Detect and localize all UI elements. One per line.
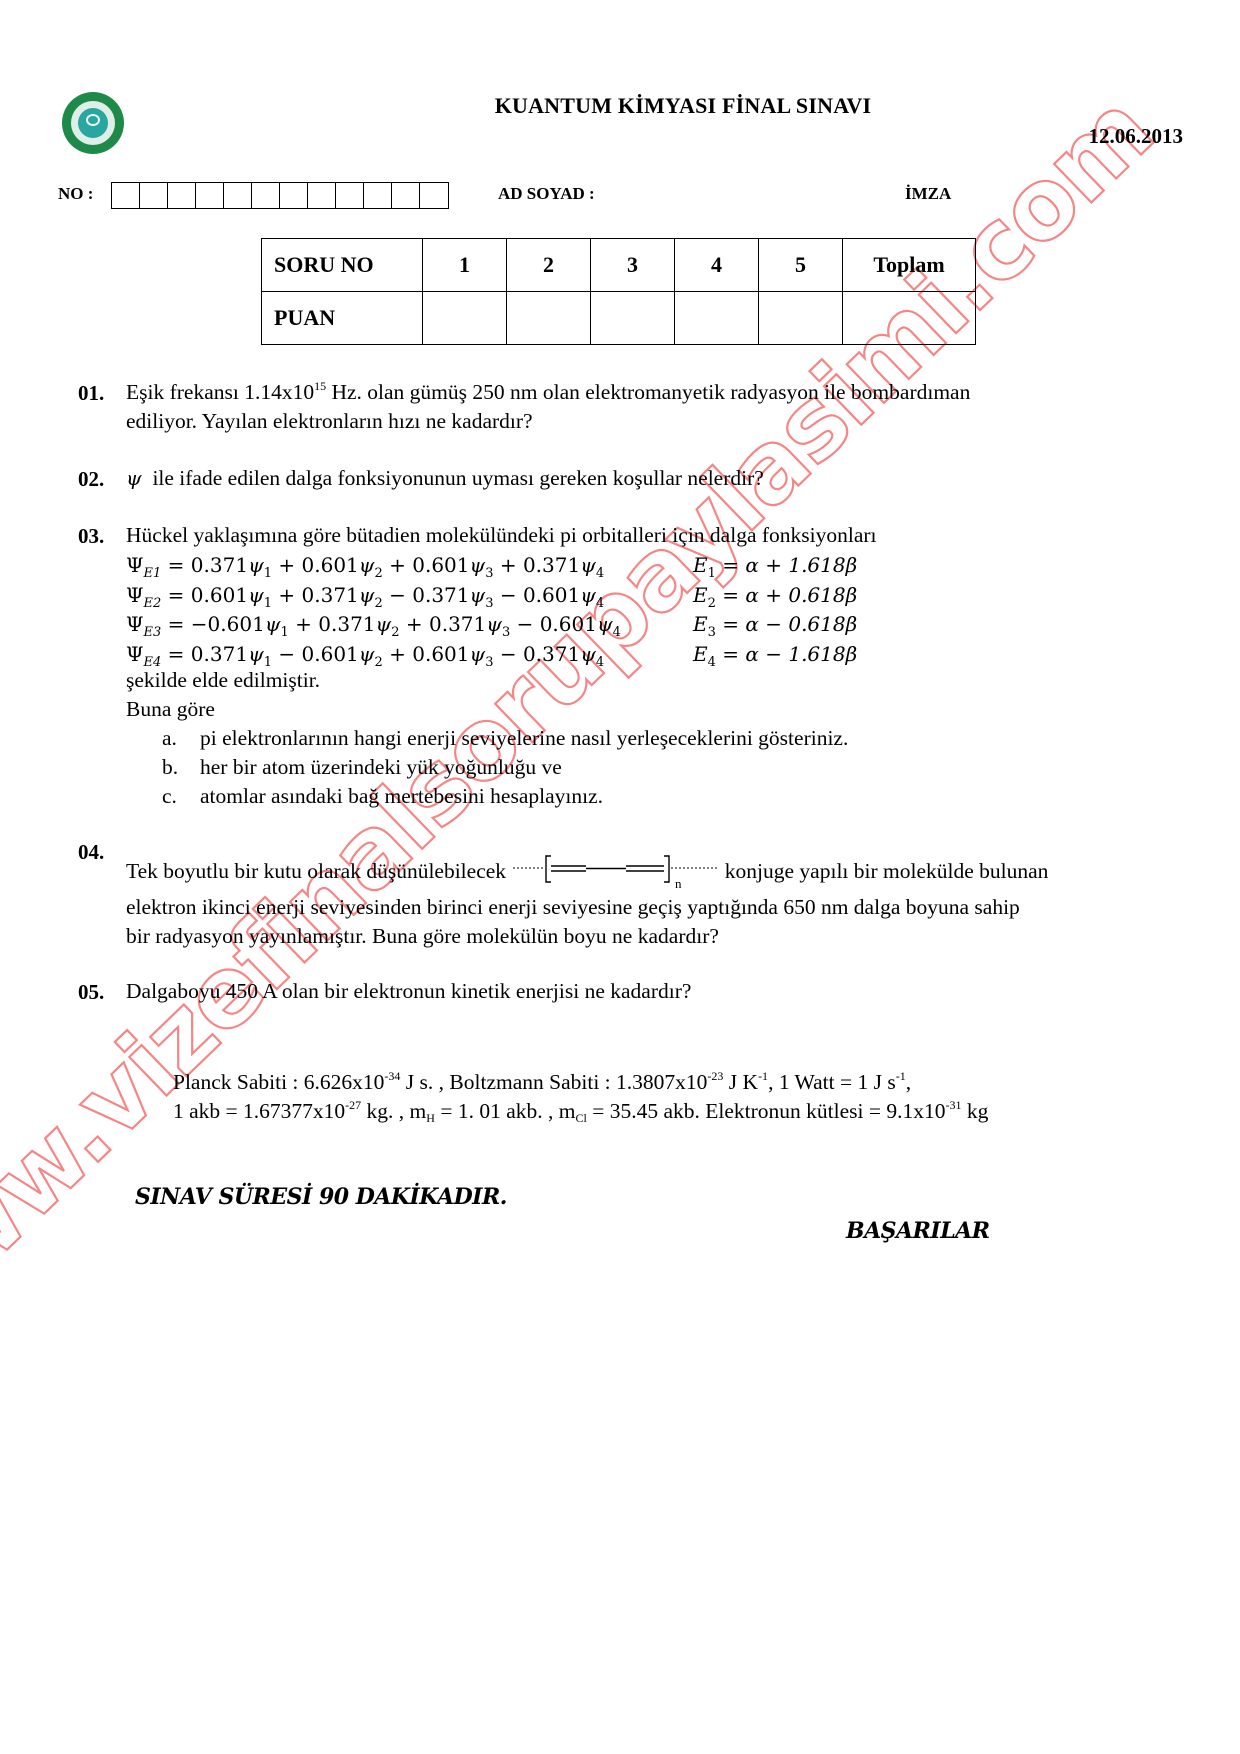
score-cell[interactable] <box>507 292 591 345</box>
wavefunction-row: ΨE4 = 0.371ψ1 − 0.601ψ2 + 0.601ψ3 − 0.37… <box>126 640 604 669</box>
q1-exponent: 15 <box>314 379 326 393</box>
item-text: pi elektronlarının hangi enerji seviyele… <box>200 724 848 753</box>
question-4-text: Tek boyutlu bir kutu olarak düşünülebile… <box>126 853 1048 950</box>
row-header: PUAN <box>262 292 423 345</box>
student-no-box[interactable] <box>364 183 392 208</box>
q1-text: Eşik frekansı 1.14x10 <box>126 380 314 404</box>
energy-level: E4 = α − 1.618β <box>693 640 857 669</box>
score-table: SORU NO 1 2 3 4 5 Toplam PUAN <box>261 238 976 345</box>
constants-block: Planck Sabiti : 6.626x10-34 J s. , Boltz… <box>173 1068 988 1126</box>
exam-title: KUANTUM KİMYASI FİNAL SINAVI <box>0 93 1240 119</box>
question-number: 05. <box>78 980 104 1005</box>
item-letter: a. <box>162 724 177 753</box>
student-no-box[interactable] <box>336 183 364 208</box>
exam-date: 12.06.2013 <box>1089 124 1184 149</box>
wavefunction-row: ΨE2 = 0.601ψ1 + 0.371ψ2 − 0.371ψ3 − 0.60… <box>126 581 604 610</box>
column-header: 5 <box>759 239 843 292</box>
score-cell[interactable] <box>759 292 843 345</box>
question-5-text: Dalgaboyu 450 A olan bir elektronun kine… <box>126 977 691 1006</box>
student-no-box[interactable] <box>196 183 224 208</box>
score-row: PUAN <box>262 292 976 345</box>
column-header: 3 <box>591 239 675 292</box>
wavefunction-row: ΨE1 = 0.371ψ1 + 0.601ψ2 + 0.601ψ3 + 0.37… <box>126 551 604 580</box>
column-header: 4 <box>675 239 759 292</box>
score-cell[interactable] <box>843 292 976 345</box>
name-label: AD SOYAD : <box>498 184 595 204</box>
question-3-after: şekilde elde edilmiştir. <box>126 666 320 695</box>
question-3-intro: Hückel yaklaşımına göre bütadien molekül… <box>126 521 877 550</box>
student-no-label: NO : <box>58 184 93 204</box>
question-number: 04. <box>78 840 104 865</box>
question-1-text: Eşik frekansı 1.14x1015 Hz. olan gümüş 2… <box>126 378 970 435</box>
student-no-box[interactable] <box>308 183 336 208</box>
column-header: 2 <box>507 239 591 292</box>
polyene-structure-icon: n <box>511 850 719 890</box>
q4-text: elektron ikinci enerji seviyesinden biri… <box>126 895 1020 919</box>
student-no-box[interactable] <box>140 183 168 208</box>
row-header: SORU NO <box>262 239 423 292</box>
item-letter: c. <box>162 782 177 811</box>
question-2-text: ψ ile ifade edilen dalga fonksiyonunun u… <box>126 464 764 493</box>
question-number: 03. <box>78 524 104 549</box>
question-3-lead: Buna göre <box>126 695 215 724</box>
item-text: her bir atom üzerindeki yük yoğunluğu ve <box>200 753 562 782</box>
column-header: Toplam <box>843 239 976 292</box>
question-number: 01. <box>78 381 104 406</box>
student-no-box[interactable] <box>168 183 196 208</box>
psi-symbol: ψ <box>126 466 142 490</box>
energy-level: E1 = α + 1.618β <box>693 551 857 580</box>
student-no-box[interactable] <box>252 183 280 208</box>
q2-text: ile ifade edilen dalga fonksiyonunun uym… <box>152 466 763 490</box>
q4-text: bir radyasyon yayınlamıştır. Buna göre m… <box>126 924 719 948</box>
question-number-row: SORU NO 1 2 3 4 5 Toplam <box>262 239 976 292</box>
item-letter: b. <box>162 753 178 782</box>
energy-level: E2 = α + 0.618β <box>693 581 857 610</box>
item-text: atomlar asındaki bağ mertebesini hesapla… <box>200 782 603 811</box>
energy-level: E3 = α − 0.618β <box>693 610 857 639</box>
exam-duration-note: SINAV SÜRESİ 90 DAKİKADIR. <box>135 1184 507 1210</box>
student-no-box[interactable] <box>280 183 308 208</box>
svg-text:n: n <box>675 876 682 890</box>
q1-text: ediliyor. Yayılan elektronların hızı ne … <box>126 409 533 433</box>
student-no-boxes[interactable] <box>111 182 449 209</box>
student-no-box[interactable] <box>420 183 448 208</box>
signature-label: İMZA <box>905 184 951 204</box>
score-cell[interactable] <box>591 292 675 345</box>
score-cell[interactable] <box>675 292 759 345</box>
q4-text: Tek boyutlu bir kutu olarak düşünülebile… <box>126 859 506 883</box>
column-header: 1 <box>423 239 507 292</box>
question-number: 02. <box>78 467 104 492</box>
student-no-box[interactable] <box>224 183 252 208</box>
q4-text: konjuge yapılı bir molekülde bulunan <box>725 859 1049 883</box>
q1-text: Hz. olan gümüş 250 nm olan elektromanyet… <box>326 380 970 404</box>
student-no-box[interactable] <box>392 183 420 208</box>
wavefunction-row: ΨE3 = −0.601ψ1 + 0.371ψ2 + 0.371ψ3 − 0.6… <box>126 610 621 639</box>
student-no-box[interactable] <box>112 183 140 208</box>
good-luck-note: BAŞARILAR <box>846 1218 990 1244</box>
score-cell[interactable] <box>423 292 507 345</box>
